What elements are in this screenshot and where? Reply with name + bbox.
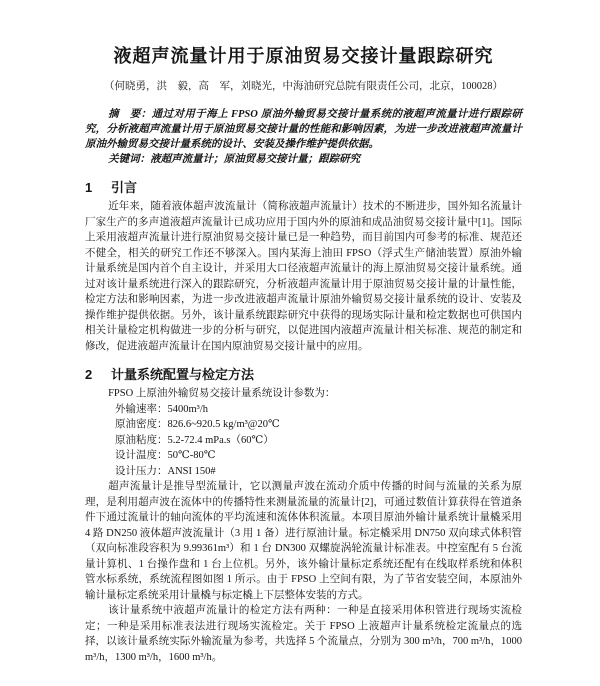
- design-parameter-list: 外输速率：5400m³/h 原油密度：826.6~920.5 kg/m³@20℃…: [85, 402, 522, 480]
- section2-paragraph-1: 超声流量计是推导型流量计，它以测量声波在流动介质中传播的时间与流量的关系为原理，…: [85, 479, 522, 603]
- keywords-text: 液超声流量计；原油贸易交接计量；跟踪研究: [150, 154, 360, 165]
- section1-number: 1: [85, 180, 111, 195]
- section1-heading: 1引言: [85, 177, 522, 196]
- authors-line: （何晓勇，洪 毅，高 军，刘晓光，中海油研究总院有限责任公司，北京，100028…: [85, 78, 522, 93]
- param-output-rate: 外输速率：5400m³/h: [85, 402, 522, 418]
- section2-heading: 2计量系统配置与检定方法: [85, 364, 522, 383]
- section2-title: 计量系统配置与检定方法: [111, 367, 254, 382]
- param-crude-viscosity: 原油粘度：5.2-72.4 mPa.s（60℃）: [85, 433, 522, 449]
- abstract-paragraph: 摘 要：通过对用于海上 FPSO 原油外输贸易交接计量系统的液超声流量计进行跟踪…: [85, 107, 522, 152]
- abstract-label: 摘 要：: [108, 109, 152, 120]
- section2-paragraph-2: 该计量系统中液超声流量计的检定方法有两种：一种是直接采用体积管进行现场实流检定；…: [85, 603, 522, 665]
- paper-page: 液超声流量计用于原油贸易交接计量跟踪研究 （何晓勇，洪 毅，高 军，刘晓光，中海…: [0, 0, 600, 686]
- section1-paragraph: 近年来，随着液体超声波流量计（简称液超声流量计）技术的不断进步，国外知名流量计厂…: [85, 199, 522, 354]
- paper-title: 液超声流量计用于原油贸易交接计量跟踪研究: [85, 42, 522, 68]
- section2-intro: FPSO 上原油外输贸易交接计量系统设计参数为：: [85, 386, 522, 402]
- section2-number: 2: [85, 367, 111, 382]
- section1-title: 引言: [111, 180, 137, 195]
- param-design-pressure: 设计压力：ANSI 150#: [85, 464, 522, 480]
- param-crude-density: 原油密度：826.6~920.5 kg/m³@20℃: [85, 417, 522, 433]
- keywords-label: 关键词：: [108, 154, 150, 165]
- keywords-paragraph: 关键词：液超声流量计；原油贸易交接计量；跟踪研究: [85, 152, 522, 167]
- param-design-temperature: 设计温度：50℃-80℃: [85, 448, 522, 464]
